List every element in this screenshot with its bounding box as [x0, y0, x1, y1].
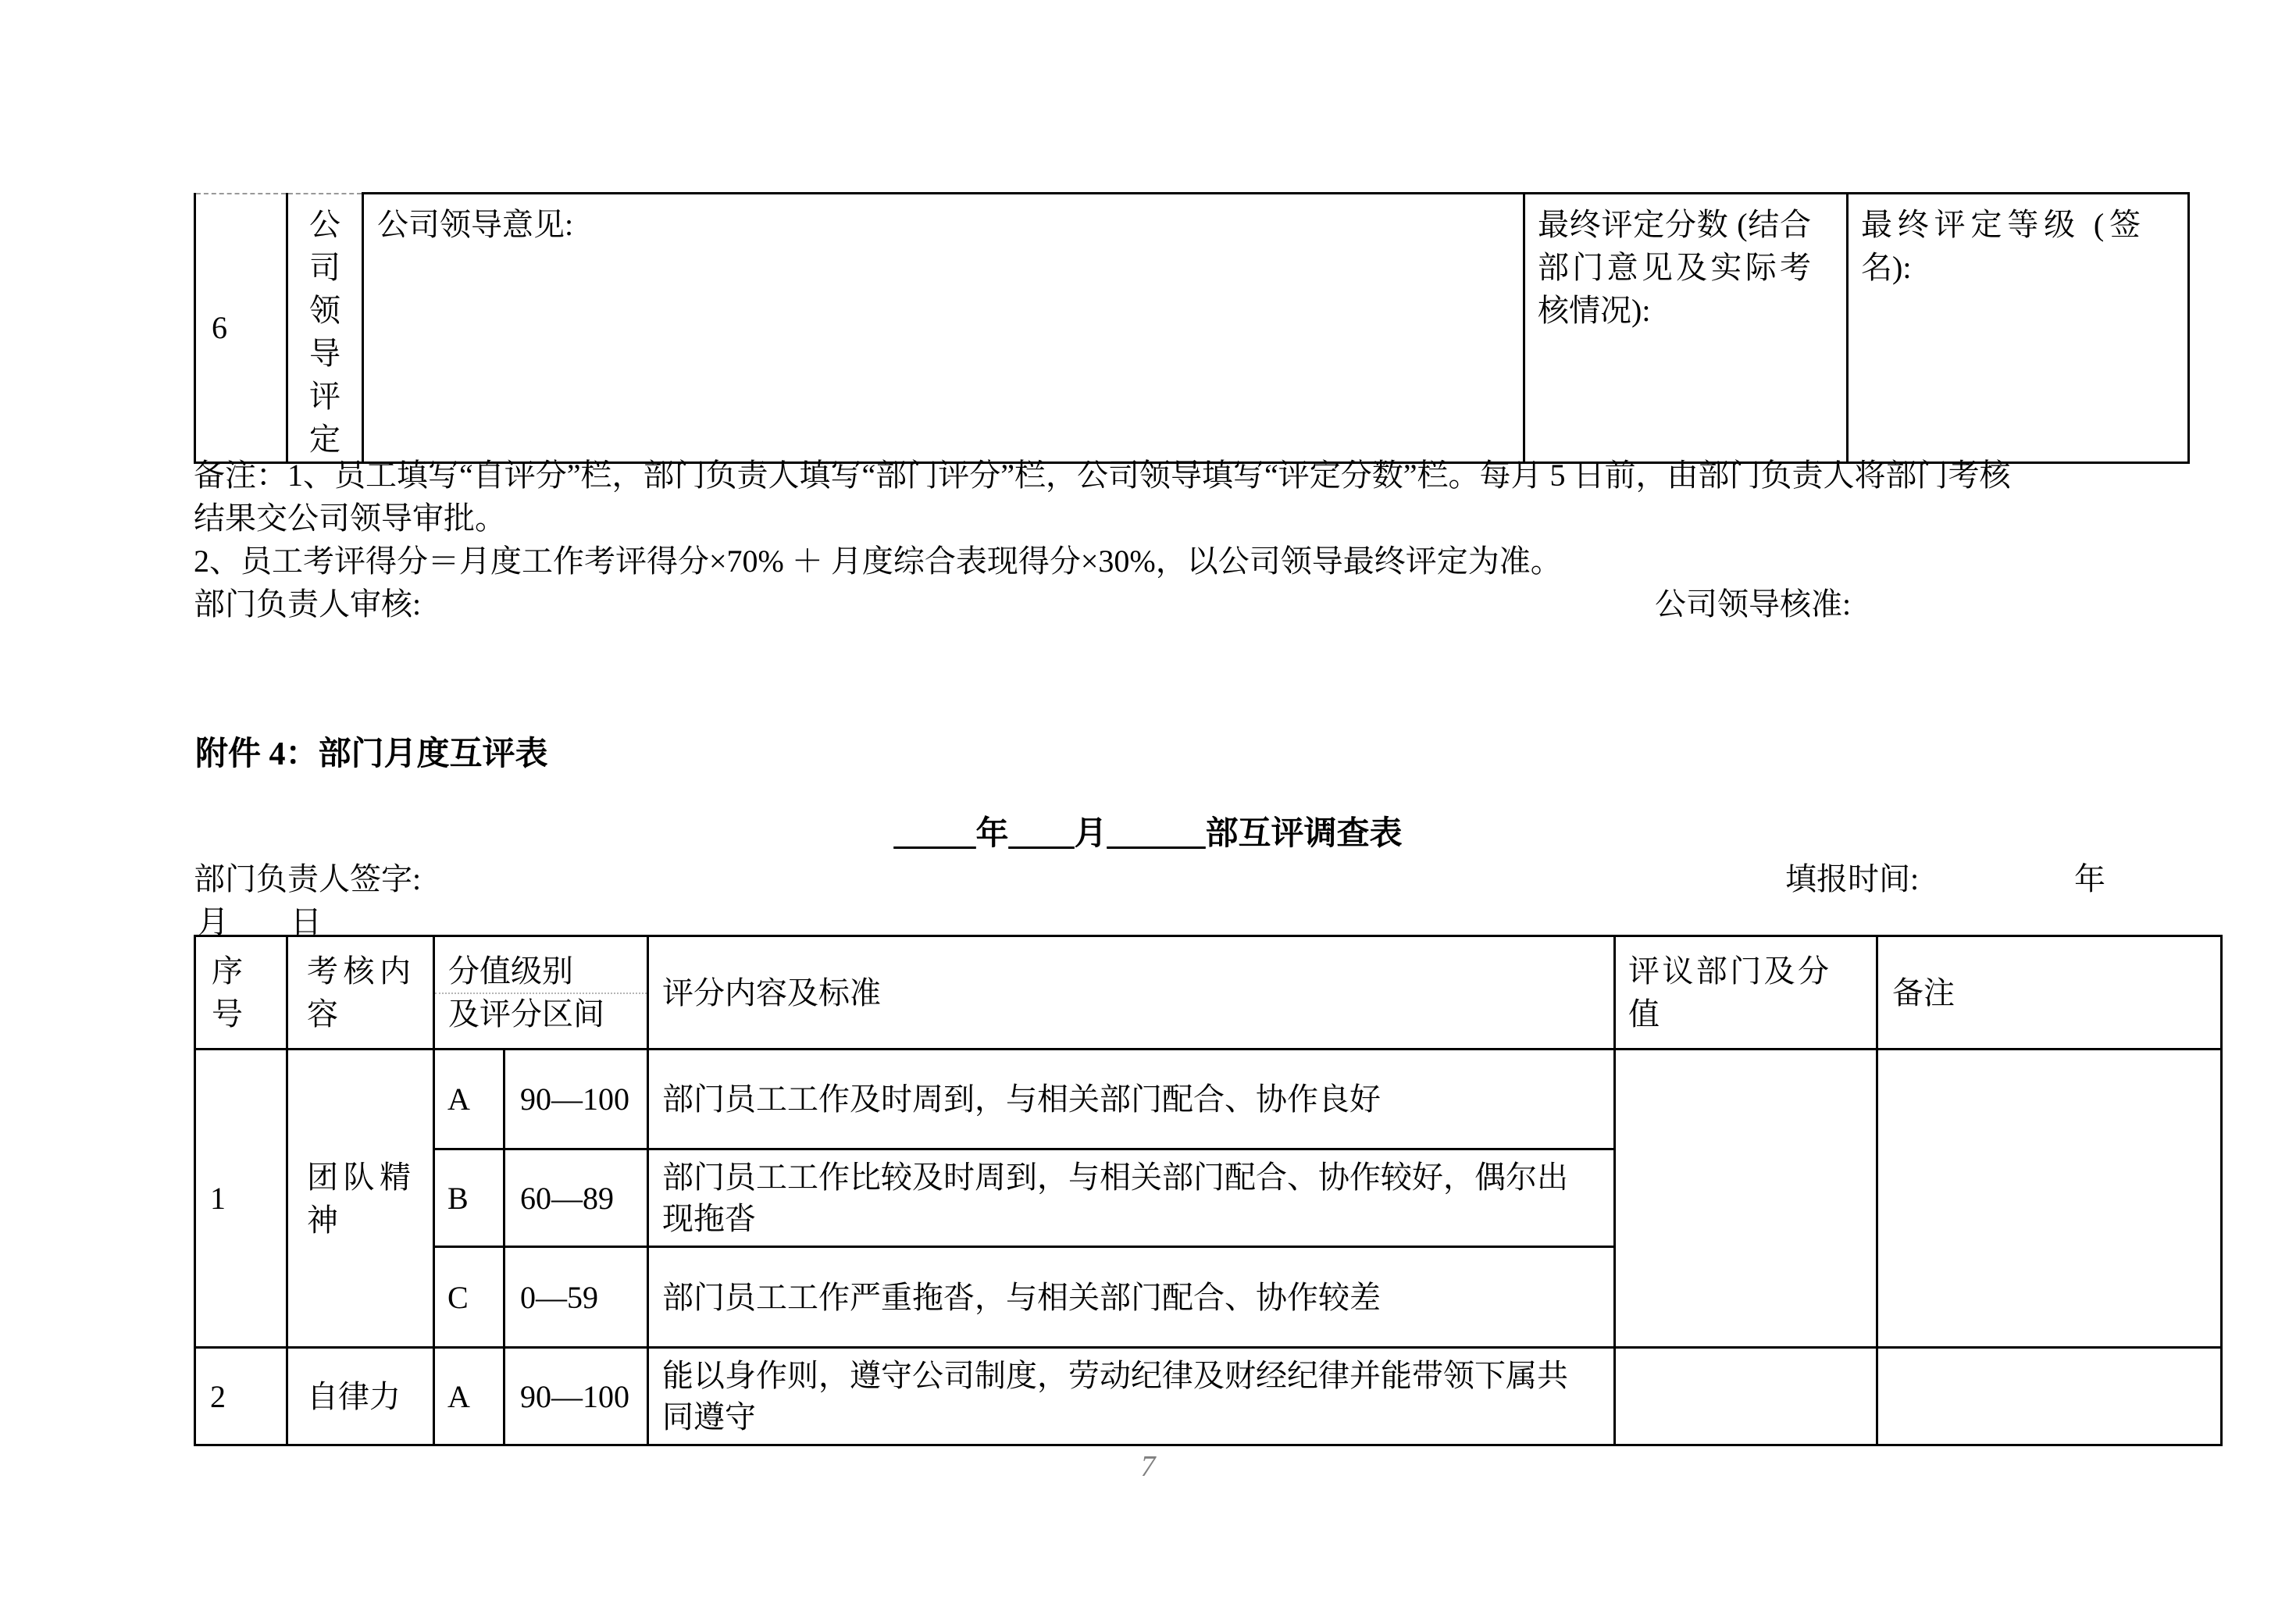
document-page: 6 公司领导评定 公司领导意见: 最终评定分数 (结合部门意见及实际考核情况):… — [0, 0, 2296, 1618]
grade-range-cell: 90—100 — [504, 1348, 648, 1445]
category-cell: 公司领导评定 — [287, 194, 363, 463]
notes-line-2: 结果交公司领导审批。 — [194, 497, 2224, 540]
notes-line-1: 备注：1、员工填写“自评分”栏，部门负责人填写“部门评分”栏，公司领导填写“评定… — [194, 454, 2224, 497]
category-vertical-label: 公司领导评定 — [308, 203, 341, 461]
final-score-cell[interactable]: 最终评定分数 (结合部门意见及实际考核情况): — [1524, 194, 1848, 463]
content-cell: 自律力 — [287, 1348, 434, 1445]
grade-range-cell: 90—100 — [504, 1050, 648, 1149]
header-eval-dept: 评议部门及分值 — [1615, 936, 1877, 1050]
eval-dept-input-cell[interactable] — [1615, 1050, 1877, 1348]
company-leader-approve-label: 公司领导核准: — [1655, 583, 1851, 625]
header-no: 序号 — [195, 936, 287, 1050]
grade-range-cell: 0—59 — [504, 1247, 648, 1348]
content-cell: 团队精神 — [287, 1050, 434, 1348]
grade-desc-cell: 部门员工工作严重拖沓，与相关部门配合、协作较差 — [648, 1247, 1615, 1348]
serial-cell: 1 — [195, 1050, 287, 1348]
table-row: 1 团队精神 A 90—100 部门员工工作及时周到，与相关部门配合、协作良好 — [195, 1050, 2222, 1149]
dept-head-review-label: 部门负责人审核: — [194, 586, 421, 622]
grade-desc-cell: 能以身作则，遵守公司制度，劳动纪律及财经纪律并能带领下属共同遵守 — [648, 1348, 1615, 1445]
header-row: 序号 考核内容 分值级别 及评分区间 评分内容及标准 评议部门及分值 备注 — [195, 936, 2222, 1050]
final-grade-cell[interactable]: 最终评定等级 (签名): — [1848, 194, 2189, 463]
mutual-evaluation-table: 序号 考核内容 分值级别 及评分区间 评分内容及标准 评议部门及分值 备注 1 … — [194, 935, 2223, 1446]
row-number-cell: 6 — [195, 194, 287, 463]
remark-input-cell[interactable] — [1877, 1348, 2222, 1445]
fill-time-label: 填报时间: — [1785, 857, 1919, 900]
divider — [435, 993, 647, 994]
leader-opinion-label: 公司领导意见: — [377, 207, 573, 242]
grade-desc-cell: 部门员工工作及时周到，与相关部门配合、协作良好 — [648, 1050, 1615, 1149]
grade-letter-cell: A — [434, 1348, 504, 1445]
header-content: 考核内容 — [287, 936, 434, 1050]
table-row: 6 公司领导评定 公司领导意见: 最终评定分数 (结合部门意见及实际考核情况):… — [195, 194, 2189, 463]
attachment-heading: 附件 4：部门月度互评表 — [195, 734, 548, 775]
header-remark: 备注 — [1877, 936, 2222, 1050]
survey-title: _____年____月______部互评调查表 — [0, 814, 2296, 854]
notes-block: 备注：1、员工填写“自评分”栏，部门负责人填写“部门评分”栏，公司领导填写“评定… — [194, 454, 2224, 625]
grade-letter-cell: B — [434, 1149, 504, 1247]
final-score-label: 最终评定分数 (结合部门意见及实际考核情况): — [1538, 207, 1811, 328]
year-label: 年 — [2074, 857, 2105, 900]
eval-dept-input-cell[interactable] — [1615, 1348, 1877, 1445]
signature-line: 部门负责人签字: 填报时间: 年 — [0, 857, 2296, 900]
remark-input-cell[interactable] — [1877, 1050, 2222, 1348]
grade-range-cell: 60—89 — [504, 1149, 648, 1247]
notes-line-3: 2、员工考评得分＝月度工作考评得分×70% ＋ 月度综合表现得分×30%，以公司… — [194, 540, 2224, 583]
leader-opinion-cell[interactable]: 公司领导意见: — [363, 194, 1524, 463]
serial-cell: 2 — [195, 1348, 287, 1445]
header-standard: 评分内容及标准 — [648, 936, 1615, 1050]
grade-letter-cell: A — [434, 1050, 504, 1149]
dept-head-sign-label: 部门负责人签字: — [194, 857, 421, 900]
table-row: 2 自律力 A 90—100 能以身作则，遵守公司制度，劳动纪律及财经纪律并能带… — [195, 1348, 2222, 1445]
grade-desc-cell: 部门员工工作比较及时周到，与相关部门配合、协作较好，偶尔出现拖沓 — [648, 1149, 1615, 1247]
leader-evaluation-table: 6 公司领导评定 公司领导意见: 最终评定分数 (结合部门意见及实际考核情况):… — [194, 192, 2190, 464]
page-number: 7 — [0, 1451, 2296, 1482]
notes-line-4: 部门负责人审核: 公司领导核准: — [194, 583, 2224, 625]
grade-letter-cell: C — [434, 1247, 504, 1348]
final-grade-label: 最终评定等级 (签名): — [1861, 207, 2141, 285]
header-level: 分值级别 及评分区间 — [434, 936, 648, 1050]
